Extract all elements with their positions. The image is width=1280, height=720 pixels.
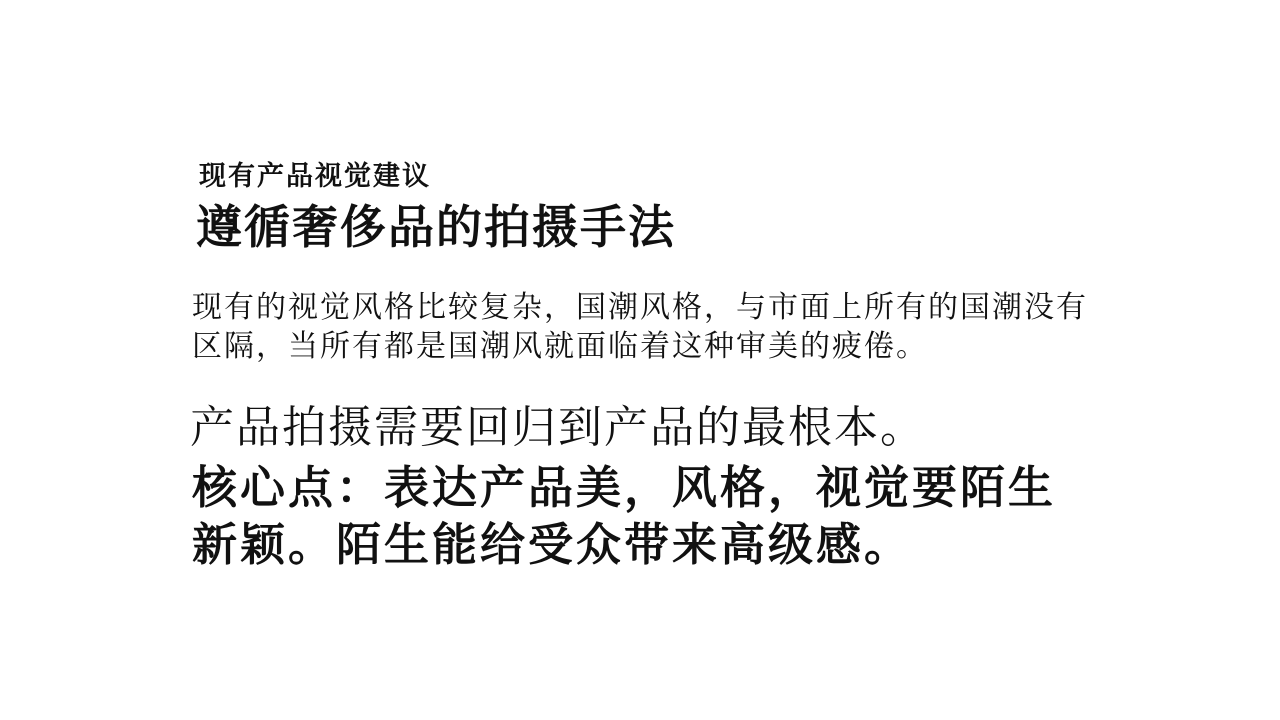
slide-canvas: 现有产品视觉建议 遵循奢侈品的拍摄手法 现有的视觉风格比较复杂，国潮风格，与市面…: [0, 0, 1280, 720]
slide-title: 遵循奢侈品的拍摄手法: [196, 201, 676, 254]
body-paragraph-line-2: 区隔，当所有都是国潮风就面临着这种审美的疲倦。: [192, 327, 1088, 366]
body-paragraph: 现有的视觉风格比较复杂，国潮风格，与市面上所有的国潮没有 区隔，当所有都是国潮风…: [192, 288, 1088, 366]
statement-text: 产品拍摄需要回归到产品的最根本。: [190, 402, 926, 454]
eyebrow-label: 现有产品视觉建议: [199, 161, 431, 192]
key-point-text: 核心点：表达产品美，风格，视觉要陌生 新颖。陌生能给受众带来高级感。: [192, 459, 1056, 573]
key-point-line-2: 新颖。陌生能给受众带来高级感。: [192, 516, 1056, 573]
key-point-line-1: 核心点：表达产品美，风格，视觉要陌生: [192, 459, 1056, 516]
body-paragraph-line-1: 现有的视觉风格比较复杂，国潮风格，与市面上所有的国潮没有: [192, 288, 1088, 327]
